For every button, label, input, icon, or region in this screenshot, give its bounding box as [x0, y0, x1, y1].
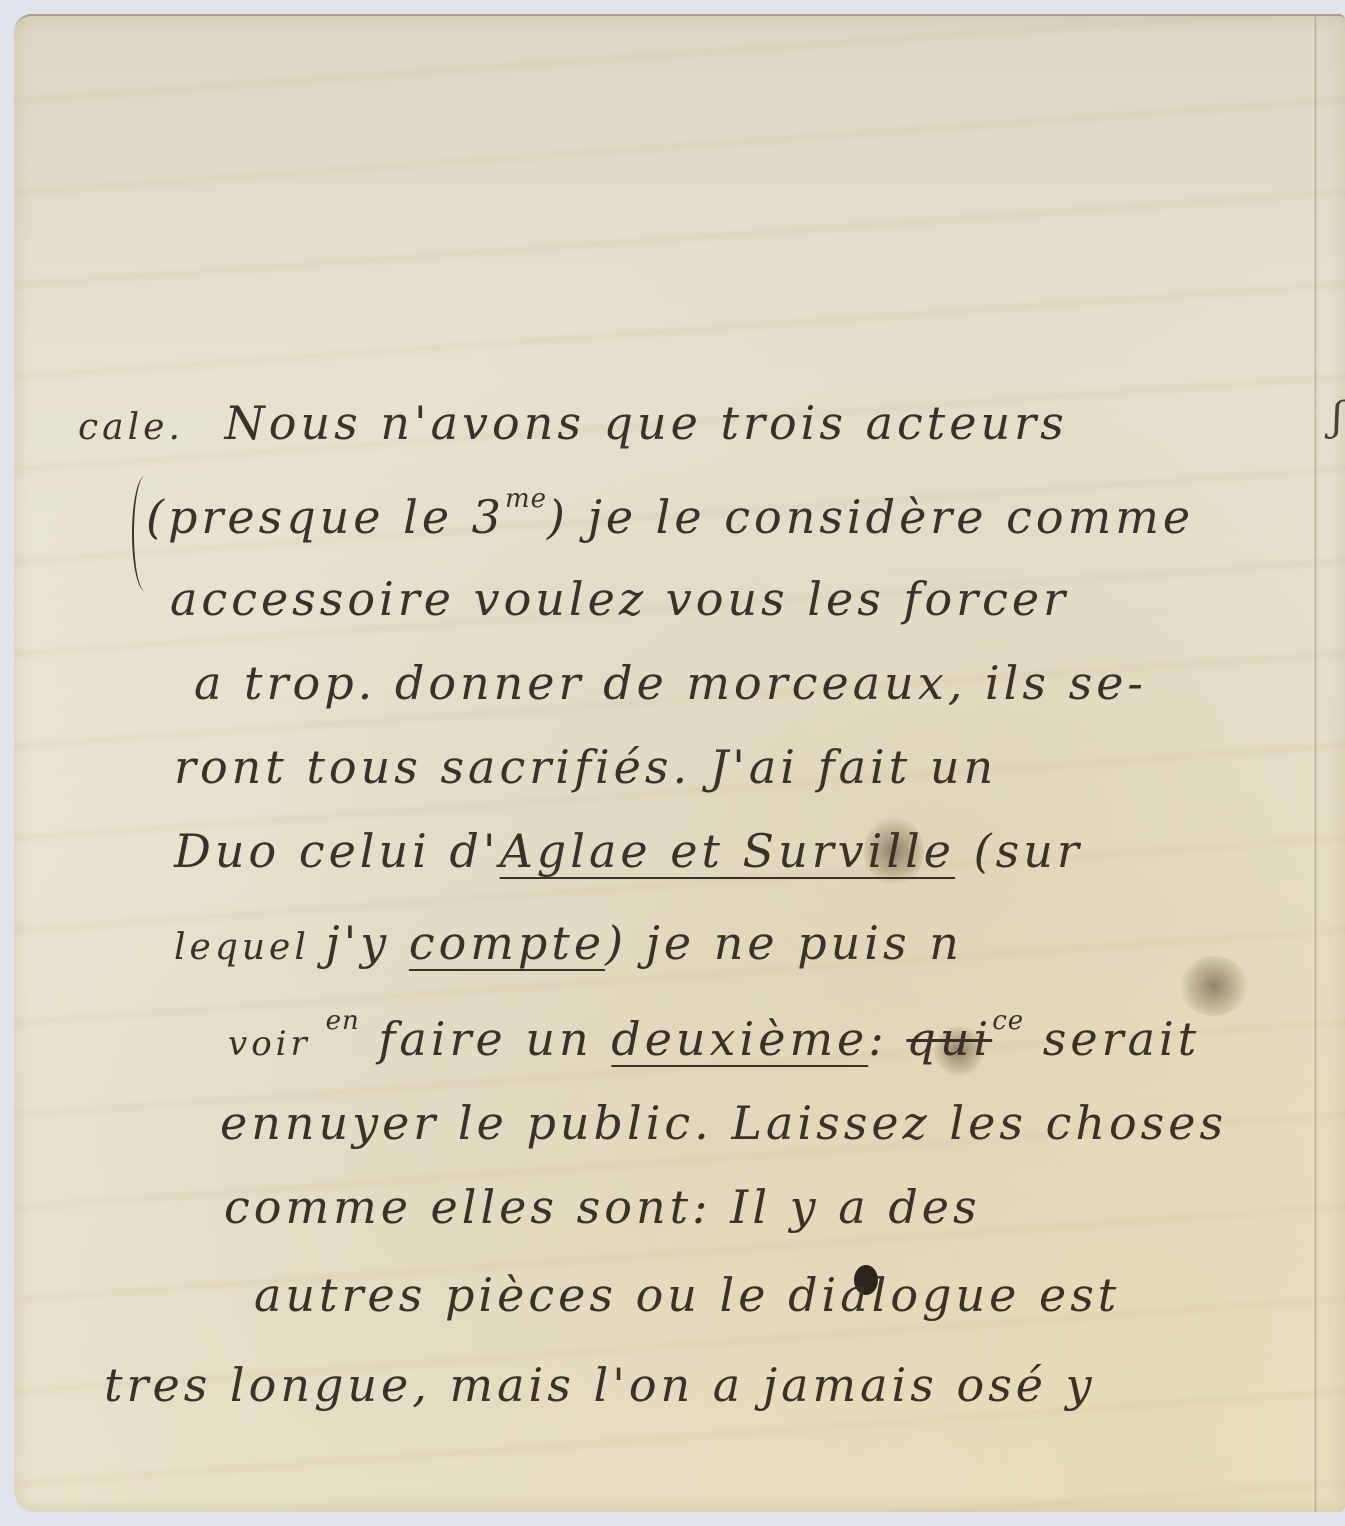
manuscript-line-2: (presque le 3me) je le considère comme — [146, 484, 1194, 544]
superscript: me — [505, 484, 547, 514]
line-text: a trop. donner de morceaux, ils se- — [194, 656, 1147, 710]
manuscript-line-12: tres longue, mais l'on a jamais osé y — [104, 1358, 1096, 1412]
line-text: j'y — [325, 916, 409, 970]
line-text: Nous n'avons que trois acteurs — [225, 396, 1068, 450]
line-text: ennuyer le public. Laissez les choses — [220, 1096, 1227, 1150]
line-text: accessoire voulez vous les forcer — [170, 572, 1069, 626]
manuscript-line-11: autres pièces ou le dialogue est — [254, 1268, 1120, 1322]
manuscript-line-7: lequel j'y compte) je ne puis n — [174, 916, 963, 970]
line-text: (sur — [955, 824, 1083, 878]
manuscript-line-8: voir en faire un deuxième: quice serait — [228, 1006, 1200, 1066]
scanned-manuscript: cale. Nous n'avons que trois acteurs ʃ (… — [0, 0, 1345, 1526]
underlined-word: compte — [409, 916, 605, 970]
manuscript-line-10: comme elles sont: Il y a des — [224, 1180, 981, 1234]
manuscript-line-6: Duo celui d'Aglae et Surville (sur — [174, 824, 1083, 878]
struck-word: qui — [906, 1012, 992, 1066]
superscript-insertion: en — [326, 1006, 360, 1036]
fold-line — [1314, 16, 1317, 1512]
line-prefix: cale. — [78, 407, 184, 448]
margin-mark: ʃ — [1332, 394, 1343, 440]
line-text: : — [868, 1012, 906, 1066]
manuscript-line-5: ront tous sacrifiés. J'ai fait un — [174, 740, 997, 794]
manuscript-line-9: ennuyer le public. Laissez les choses — [220, 1096, 1227, 1150]
superscript-insertion: ce — [992, 1006, 1024, 1036]
underlined-names: Aglae et Surville — [500, 824, 955, 878]
manuscript-line-4: a trop. donner de morceaux, ils se- — [194, 656, 1147, 710]
line-text: ) je le considère comme — [547, 490, 1194, 544]
line-text: ront tous sacrifiés. J'ai fait un — [174, 740, 997, 794]
line-text: Duo celui d' — [174, 824, 500, 878]
line-text: ) je ne puis n — [605, 916, 963, 970]
line-text: tres longue, mais l'on a jamais osé y — [104, 1358, 1096, 1412]
manuscript-line-3: accessoire voulez vous les forcer — [170, 572, 1069, 626]
line-text: faire un — [360, 1012, 612, 1066]
line-text: (presque le 3 — [146, 490, 505, 544]
line-text: lequel — [174, 927, 325, 968]
paper-sheet: cale. Nous n'avons que trois acteurs ʃ (… — [14, 14, 1345, 1512]
line-text: autres pièces ou le dialogue est — [254, 1268, 1120, 1322]
line-text: voir — [228, 1024, 326, 1064]
manuscript-line-1: cale. Nous n'avons que trois acteurs — [78, 396, 1068, 450]
underlined-word: deuxième — [611, 1012, 868, 1066]
line-text: comme elles sont: Il y a des — [224, 1180, 981, 1234]
line-text: serait — [1024, 1012, 1200, 1066]
